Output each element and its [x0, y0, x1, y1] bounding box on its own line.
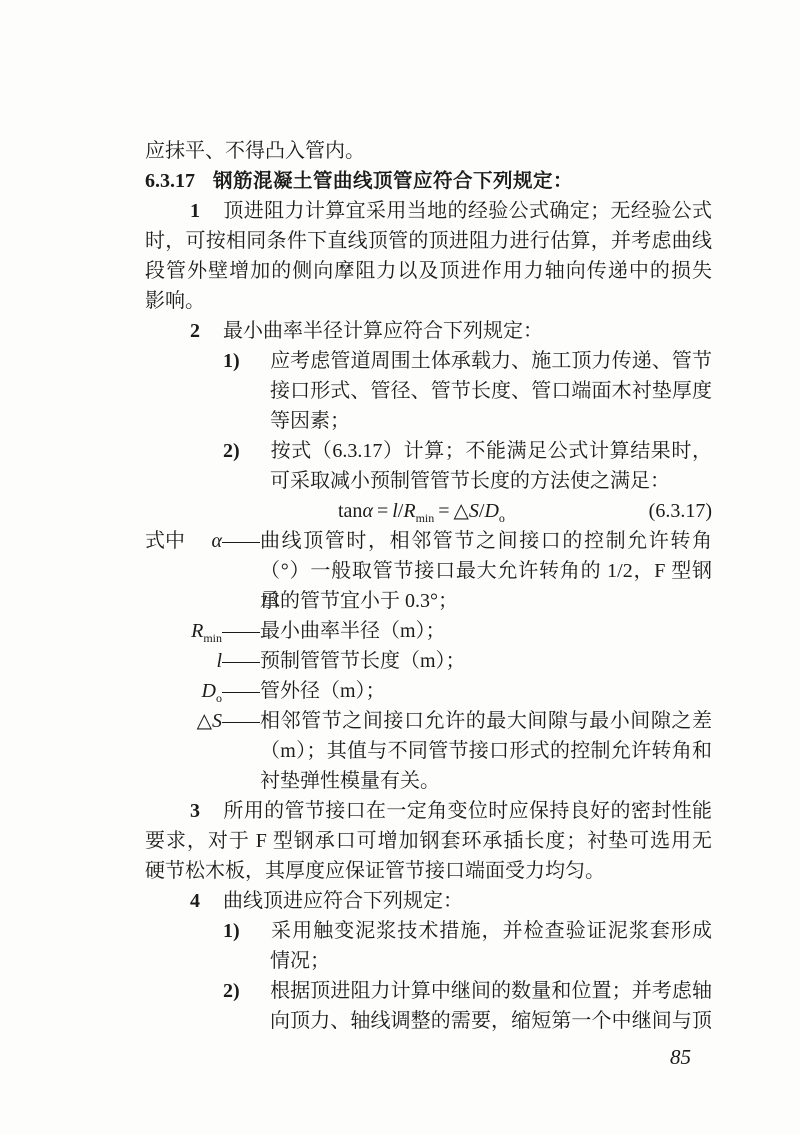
symbol-definition: 曲线顶管时，相邻管节之间接口的控制允许转角	[260, 526, 712, 556]
symbol-glyph: Do	[202, 676, 222, 706]
sub-item-number: 2)	[223, 436, 270, 466]
item-2-sub-1-line-3: 等因素；	[145, 406, 712, 436]
line-text: 最小曲率半径计算应符合下列规定：	[223, 320, 543, 342]
symbol-label: Do	[145, 676, 222, 706]
line-text: 应考虑管道周围土体承载力、施工顶力传递、管节	[270, 350, 712, 372]
sub-item-number: 1)	[223, 346, 270, 376]
line-text: 根据顶进阻力计算中继间的数量和位置；并考虑轴	[270, 980, 712, 1002]
line-text: 采用触变泥浆技术措施，并检查验证泥浆套形成	[270, 920, 712, 942]
symbol-label: l	[145, 646, 222, 676]
item-1-line-4: 影响。	[145, 286, 712, 316]
line-text: （m）；其值与不同管节接口形式的控制允许转角和	[260, 740, 712, 762]
symbol-deltas-line-2: （m）；其值与不同管节接口形式的控制允许转角和	[145, 736, 712, 766]
item-4-sub-2-line-1: 2)根据顶进阻力计算中继间的数量和位置；并考虑轴	[145, 976, 712, 1006]
symbol-label: Rmin	[145, 616, 222, 646]
line-text: 所用的管节接口在一定角变位时应保持良好的密封性能	[223, 800, 712, 822]
symbol-row-deltas: △S —— 相邻管节之间接口允许的最大间隙与最小间隙之差	[145, 706, 712, 736]
item-2-heading: 2最小曲率半径计算应符合下列规定：	[145, 316, 712, 346]
scanned-standard-page: { "doc": { "intro_line": "应抹平、不得凸入管内。", …	[0, 0, 800, 1135]
definition-dash: ——	[222, 646, 260, 676]
clause-heading: 6.3.17钢筋混凝土管曲线顶管应符合下列规定：	[145, 166, 712, 196]
symbol-alpha-line-3: 口的管节宜小于 0.3°；	[145, 586, 712, 616]
definition-dash: ——	[222, 706, 260, 736]
item-2-sub-2-line-1: 2)按式（6.3.17）计算；不能满足公式计算结果时，	[145, 436, 712, 466]
item-2-sub-2-line-2: 可采取减小预制管管节长度的方法使之满足：	[145, 466, 712, 496]
item-3-line-1: 3所用的管节接口在一定角变位时应保持良好的密封性能	[145, 796, 712, 826]
symbol-label: 式中α	[145, 526, 222, 556]
formula-expression: tanα=l/Rmin=△S/Do	[338, 496, 505, 526]
item-2-sub-1-line-2: 接口形式、管径、管节长度、管口端面木衬垫厚度	[145, 376, 712, 406]
item-number: 4	[190, 886, 223, 916]
item-4-sub-2-line-2: 向顶力、轴线调整的需要，缩短第一个中继间与顶	[145, 1006, 712, 1036]
item-1-line-2: 时，可按相同条件下直线顶管的顶进阻力进行估算，并考虑曲线	[145, 226, 712, 256]
line-text: 时，可按相同条件下直线顶管的顶进阻力进行估算，并考虑曲线	[145, 230, 712, 252]
item-number: 3	[190, 796, 223, 826]
page-content: 应抹平、不得凸入管内。 6.3.17钢筋混凝土管曲线顶管应符合下列规定： 1顶进…	[145, 136, 712, 1036]
line-text: 硬节松木板，其厚度应保证管节接口端面受力均匀。	[145, 860, 605, 882]
line-text: 要求，对于 F 型钢承口可增加钢套环承插长度；衬垫可选用无	[145, 830, 712, 852]
symbol-alpha-line-2: （°）一般取管节接口最大允许转角的 1/2，F 型钢承	[145, 556, 712, 586]
symbol-row-alpha: 式中α —— 曲线顶管时，相邻管节之间接口的控制允许转角	[145, 526, 712, 556]
symbol-glyph: α	[212, 526, 223, 556]
sub-item-number: 2)	[223, 976, 270, 1006]
line-text: 向顶力、轴线调整的需要，缩短第一个中继间与顶	[270, 1010, 712, 1032]
symbol-row-l: l —— 预制管管节长度（m）；	[145, 646, 712, 676]
line-text: 口的管节宜小于 0.3°；	[260, 590, 458, 612]
item-4-heading: 4曲线顶进应符合下列规定：	[145, 886, 712, 916]
definition-dash: ——	[222, 526, 260, 556]
line-text: 按式（6.3.17）计算；不能满足公式计算结果时，	[270, 440, 712, 462]
item-number: 1	[190, 196, 223, 226]
line-text: 可采取减小预制管管节长度的方法使之满足：	[270, 470, 670, 492]
line-text: 衬垫弹性模量有关。	[260, 770, 440, 792]
item-1-line-1: 1顶进阻力计算宜采用当地的经验公式确定；无经验公式	[145, 196, 712, 226]
formula-spacer	[145, 496, 338, 526]
symbol-row-rmin: Rmin —— 最小曲率半径（m）；	[145, 616, 712, 646]
symbol-definition: 最小曲率半径（m）；	[260, 616, 712, 646]
line-text: 曲线顶进应符合下列规定：	[223, 890, 463, 912]
symbol-deltas-line-3: 衬垫弹性模量有关。	[145, 766, 712, 796]
symbol-row-do: Do —— 管外径（m）；	[145, 676, 712, 706]
symbol-definition: 预制管管节长度（m）；	[260, 646, 712, 676]
item-2-sub-1-line-1: 1)应考虑管道周围土体承载力、施工顶力传递、管节	[145, 346, 712, 376]
line-text: 影响。	[145, 290, 205, 312]
symbol-label: △S	[145, 706, 222, 736]
line-text: 情况；	[270, 950, 330, 972]
item-number: 2	[190, 316, 223, 346]
sub-item-number: 1)	[223, 916, 270, 946]
definition-dash: ——	[222, 676, 260, 706]
formula-row: tanα=l/Rmin=△S/Do (6.3.17)	[145, 496, 712, 526]
definition-dash: ——	[222, 616, 260, 646]
item-4-sub-1-line-1: 1)采用触变泥浆技术措施，并检查验证泥浆套形成	[145, 916, 712, 946]
item-3-line-2: 要求，对于 F 型钢承口可增加钢套环承插长度；衬垫可选用无	[145, 826, 712, 856]
clause-number: 6.3.17	[145, 170, 195, 192]
formula-number: (6.3.17)	[649, 496, 712, 526]
line-text: 段管外壁增加的侧向摩阻力以及顶进作用力轴向传递中的损失	[145, 260, 712, 282]
line-text: 接口形式、管径、管节长度、管口端面木衬垫厚度	[270, 380, 712, 402]
symbol-definition: 相邻管节之间接口允许的最大间隙与最小间隙之差	[260, 706, 712, 736]
symbol-definition: 管外径（m）；	[260, 676, 712, 706]
item-4-sub-1-line-2: 情况；	[145, 946, 712, 976]
item-1-line-3: 段管外壁增加的侧向摩阻力以及顶进作用力轴向传递中的损失	[145, 256, 712, 286]
symbol-glyph: △S	[197, 706, 222, 736]
intro-continuation-line: 应抹平、不得凸入管内。	[145, 136, 712, 166]
page-number: 85	[670, 1042, 715, 1072]
symbol-glyph: Rmin	[191, 616, 222, 646]
where-label: 式中	[145, 526, 185, 556]
item-3-line-3: 硬节松木板，其厚度应保证管节接口端面受力均匀。	[145, 856, 712, 886]
line-text: 顶进阻力计算宜采用当地的经验公式确定；无经验公式	[223, 200, 712, 222]
line-text: 应抹平、不得凸入管内。	[145, 140, 365, 162]
clause-title: 钢筋混凝土管曲线顶管应符合下列规定：	[213, 170, 573, 192]
line-text: 等因素；	[270, 410, 350, 432]
